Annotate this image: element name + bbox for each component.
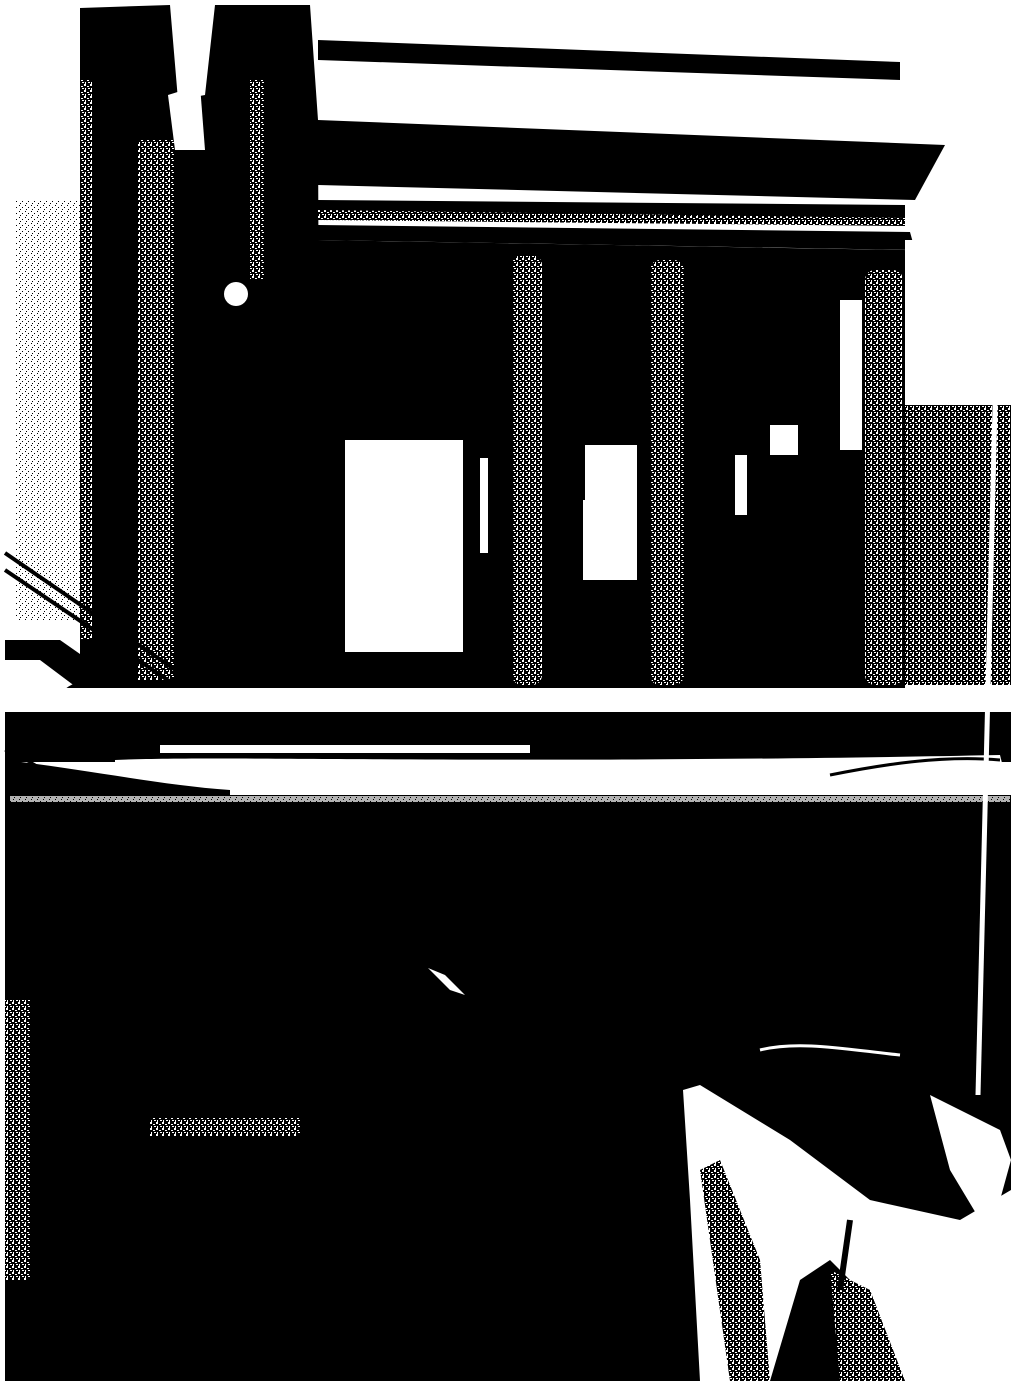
column <box>650 260 684 685</box>
column <box>865 270 903 685</box>
binarized-building-photo <box>0 0 1011 1381</box>
porch <box>318 240 1011 690</box>
left-wall-texture <box>15 200 85 620</box>
middle-rail <box>5 688 1011 800</box>
column <box>512 255 542 685</box>
left-building <box>80 5 320 690</box>
